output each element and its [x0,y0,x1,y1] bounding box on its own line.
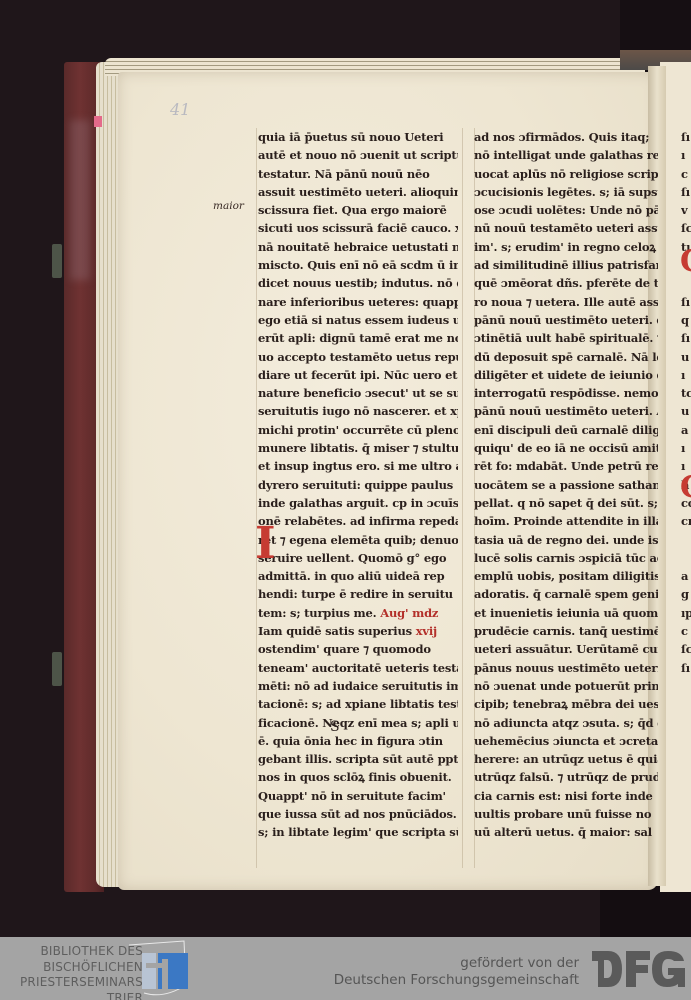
manuscript-line: a [681,567,691,585]
funding-line-1: gefördert von der [334,955,579,972]
manuscript-line: Iam quidē satis superius xvij [258,622,458,640]
manuscript-line: v [681,201,691,219]
manuscript-line: dicet nouus uestib; indutus. nō do [258,274,458,292]
manuscript-line: seruire uellent. Quomō g° ego [258,549,458,567]
manuscript-line: tem: s; turpius me. Aug' mdz [258,604,458,622]
manuscript-line: ı [681,146,691,164]
book-clasp-lower [52,652,62,686]
manuscript-line: pānū nouū uestimēto ueteri. Adhu [474,402,658,420]
manuscript-line: adoratis. q̄ carnalē spem genitis. [474,585,658,603]
manuscript-line: c [681,622,691,640]
catchword: S [330,719,340,735]
library-name-line: BIBLIOTHEK DES [0,944,143,960]
pink-tab-marker [94,116,102,127]
manuscript-line: ro noua ⁊ uetera. Ille autē assuit [474,293,658,311]
manuscript-line: prudēcie carnis. tanq̄ uestimēto [474,622,658,640]
manuscript-line: u [681,402,691,420]
manuscript-line: scissura fiet. Qua ergo maiorē [258,201,458,219]
manuscript-line: nature beneficio ɔsecut' ut se sub [258,384,458,402]
text-column-right: ad nos ɔfirmādos. Quis itaq;nō intelliga… [474,128,658,842]
cover-wear-mark [70,120,90,280]
funding-line-2: Deutschen Forschungsgemeinschaft [334,972,579,989]
manuscript-line [681,549,691,567]
manuscript-line: diligēter et uidete de ieiunio dñm [474,366,658,384]
manuscript-line: ſı [681,128,691,146]
manuscript-line: assuit uestimēto ueteri. alioquin [258,183,458,201]
manuscript-line: quia iā p̄uetus sū nouo Ueteri [258,128,458,146]
text-column-left: quia iā p̄uetus sū nouo Ueteriautē et no… [258,128,458,842]
manuscript-line: im'. s; erudim' in regno celoꝝ [474,238,658,256]
manuscript-line: utrūqz falsū. ⁊ utrūqz de prudē [474,768,658,786]
manuscript-line: inde galathas arguit. cp in ɔcuīsi [258,494,458,512]
ruling-line [256,128,257,868]
red-initial-i: I [255,524,287,564]
manuscript-line: dyrero seruituti: quippe paulus [258,476,458,494]
manuscript-line: ſı [681,293,691,311]
manuscript-line: ē. quia ōnia hec in figura ɔtin [258,732,458,750]
manuscript-line: pellat. q nō sapet q̄ dei sūt. s; que [474,494,658,512]
manuscript-line: ı [681,366,691,384]
manuscript-scan: 41 maior quia iā p̄uetus sū nouo Ueteria… [0,0,691,937]
manuscript-line: rēt fo: mdabāt. Unde petrū re [474,457,658,475]
facing-page-red-initial: C [680,244,691,279]
manuscript-line: ſı [681,659,691,677]
manuscript-line: quiqu' de eo iā ne occisū amitte [474,439,658,457]
page-edges-left [96,62,120,887]
manuscript-line: ueteri assuātur. Uerūtamē cum [474,640,658,658]
manuscript-line: que iussa sūt ad nos pnūciādos. [258,805,458,823]
manuscript-line: testatur. Nā pānū nouū nēo [258,165,458,183]
manuscript-line: ſc [681,219,691,237]
manuscript-line: ficacionē. Neqz enī mea s; apli uox [258,714,458,732]
manuscript-line: miscto. Quis enī nō eā scdm ū in [258,256,458,274]
manuscript-line: Quappt' nō in seruitute facim' [258,787,458,805]
facing-page-red-initial: C [680,470,691,505]
manuscript-line: uocātem se a passione sathanan ap [474,476,658,494]
manuscript-line: nō intelligat unde galathas re [474,146,658,164]
manuscript-line: pānus nouus uestimēto ueteri [474,659,658,677]
manuscript-line: gebant illis. scripta sūt autē ppter [258,750,458,768]
margin-note: maior [213,200,244,212]
manuscript-line: lucē solis carnis ɔspiciā tūc ad ex [474,549,658,567]
manuscript-line: ſı [681,329,691,347]
manuscript-line: ostendim' quare ⁊ quomodo [258,640,458,658]
manuscript-line: diare ut fecerūt ipi. Nūc uero et [258,366,458,384]
manuscript-line: ad similitudinē illius patrisfamilias. [474,256,658,274]
manuscript-line: uū alterū uetus. q̄ maior: sal [474,823,658,841]
manuscript-line: admittā. in quo aliū uideā rep [258,567,458,585]
book-clasp-upper [52,244,62,278]
manuscript-line: hendi: turpe ē redire in seruitu [258,585,458,603]
manuscript-line: teneam' auctoritatē ueteris testa [258,659,458,677]
manuscript-line: uultis probare unū fuisse no [474,805,658,823]
manuscript-line: quē ɔmēorat dñs. pferēte de thezau [474,274,658,292]
manuscript-line: mēti: nō ad iudaice seruitutis imi [258,677,458,695]
manuscript-line: enī discipuli deū carnalē diligebāt [474,421,658,439]
manuscript-line: cia carnis est: nisi forte inde [474,787,658,805]
manuscript-line: cı [681,512,691,530]
manuscript-line: nare inferioribus ueteres: quappt [258,293,458,311]
manuscript-line: a [681,421,691,439]
manuscript-line: emplū uobis, positam diligitis et [474,567,658,585]
manuscript-line: ſı [681,183,691,201]
manuscript-line: michi protin' occurrēte cū pleno [258,421,458,439]
manuscript-line: s; in libtate legim' que scripta sūt [258,823,458,841]
manuscript-line: onē relabētes. ad infirma repeda [258,512,458,530]
manuscript-line: ɔcucisionis legētes. s; iā supsticio [474,183,658,201]
dfg-logo-icon [590,951,686,987]
manuscript-line: q [681,311,691,329]
manuscript-line: et inuenietis ieiunia uā quomō [474,604,658,622]
manuscript-line: pānū nouū uestimēto ueteri. qui [474,311,658,329]
manuscript-line: nō adiuncta atqz ɔsuta. s; q̄d ē [474,714,658,732]
manuscript-line: nos in quos sclōꝝ finis obuenit. [258,768,458,786]
facing-page-text-fragment: ſııcſıvſctıſıqſıuıtcuaııhcccıagıpcſcſı [681,128,691,677]
manuscript-line: ose ɔcudi uolētes: Unde nō pā [474,201,658,219]
manuscript-line: u [681,348,691,366]
manuscript-line: c [681,165,691,183]
library-name: BIBLIOTHEK DES BISCHÖFLICHEN PRIESTERSEM… [0,944,143,1000]
manuscript-line: autē et nouo nō ɔuenit ut scriptum [258,146,458,164]
pencil-folio-mark: 41 [170,100,190,119]
manuscript-line: ı [681,439,691,457]
manuscript-line: et insup ingtus ero. si me ultro ad [258,457,458,475]
manuscript-line: rēt ⁊ egena elemēta quib; denuo [258,531,458,549]
manuscript-line: erūt apli: dignū tamē erat me no [258,329,458,347]
manuscript-line: g [681,585,691,603]
manuscript-line: tasia uā de regno dei. unde istam [474,531,658,549]
manuscript-line: ad nos ɔfirmādos. Quis itaq; [474,128,658,146]
manuscript-line: cipib; tenebraꝝ mēbra dei uestri [474,695,658,713]
manuscript-line: ɔtinētiā uult habē spiritualē. ⁊ nō [474,329,658,347]
manuscript-line: sicuti uos scissurā faciē cauco. xpia [258,219,458,237]
manuscript-line: ego etiā si natus essem iudeus ut fu [258,311,458,329]
manuscript-line: munere libtatis. q̄ miser ⁊ stultus [258,439,458,457]
manuscript-line: hoīm. Proinde attendite in illa phā [474,512,658,530]
manuscript-line: tacionē: s; ad xpiane libtatis testi [258,695,458,713]
manuscript-line: dū deposuit spē carnalē. Nā legit [474,348,658,366]
manuscript-line: nā nouitatē hebraice uetustati non [258,238,458,256]
funding-statement: gefördert von der Deutschen Forschungsge… [334,955,579,989]
footer-banner: BIBLIOTHEK DES BISCHÖFLICHEN PRIESTERSEM… [0,937,691,1000]
manuscript-line: nō ɔuenat unde potuerūt prin [474,677,658,695]
library-name-line: PRIESTERSEMINARS TRIER [0,975,143,1000]
manuscript-line: interrogatū respōdisse. nemo assuit [474,384,658,402]
manuscript-line: ſc [681,640,691,658]
manuscript-line: nū nouū testamēto ueteri assu [474,219,658,237]
manuscript-line: herere: an utrūqz uetus ē quia [474,750,658,768]
ruling-line [462,128,463,868]
manuscript-line [681,531,691,549]
library-name-line: BISCHÖFLICHEN [0,960,143,976]
manuscript-line: seruitutis iugo nō nascerer. et xpo [258,402,458,420]
manuscript-line: ıp [681,604,691,622]
manuscript-line: uo accepto testamēto uetus repu [258,348,458,366]
manuscript-line: uocat aplūs nō religiose scriptum [474,165,658,183]
manuscript-line: tc [681,384,691,402]
background-dark-strip [600,885,691,937]
library-cross-logo-icon [124,939,194,997]
manuscript-line: uehemēcius ɔiuncta et ɔcreta co [474,732,658,750]
